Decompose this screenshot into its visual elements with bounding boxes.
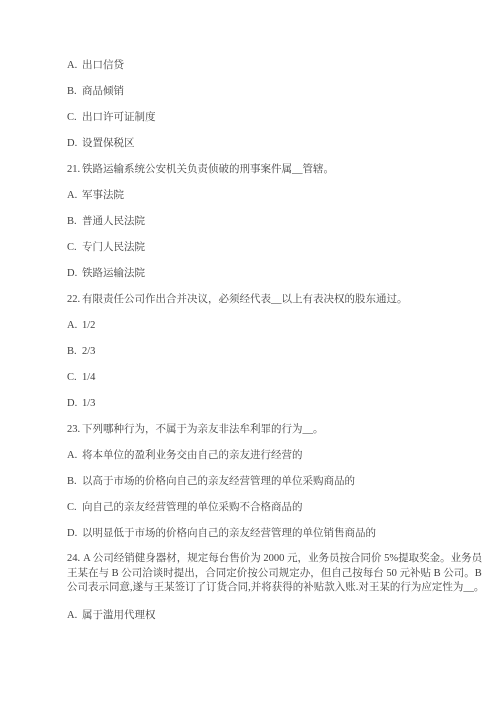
q21-option-c: C.专门人民法院: [67, 235, 470, 261]
q24-stem-line-3: 公司表示同意,遂与王某签订了订货合同,并将获得的补贴款入账.对王某的行为应定性为…: [67, 581, 470, 596]
option-letter: B.: [67, 469, 82, 495]
q22-option-b: B.2/3: [67, 339, 470, 365]
option-text: 2/3: [82, 346, 95, 357]
q23-option-d: D.以明显低于市场的价格向自己的亲友经营管理的单位销售商品的: [67, 521, 470, 547]
option-letter: A.: [67, 53, 82, 79]
q24-option-a: A.属于滥用代理权: [67, 603, 470, 629]
q22-option-d: D.1/3: [67, 391, 470, 417]
option-text: 铁路运输法院: [82, 268, 145, 279]
question-number: 22.: [67, 287, 82, 313]
q22-option-a: A.1/2: [67, 313, 470, 339]
q23-stem: 23.下列哪种行为，不属于为亲友非法牟利罪的行为__。: [67, 417, 470, 443]
option-text: 出口信贷: [82, 60, 124, 71]
question-text: A 公司经销健身器材，规定每台售价为 2000 元，业务员按合同价 5%提取奖金…: [83, 553, 482, 564]
q20-option-a: A.出口信贷: [67, 53, 470, 79]
option-letter: D.: [67, 131, 82, 157]
option-text: 以明显低于市场的价格向自己的亲友经营管理的单位销售商品的: [82, 528, 376, 539]
option-letter: A.: [67, 603, 82, 629]
q24-stem-line-2: 王某在与 B 公司洽谈时提出，合同定价按公司规定办，但自己按每台 50 元补贴 …: [67, 567, 470, 582]
option-text: 军事法院: [82, 190, 124, 201]
option-letter: C.: [67, 365, 82, 391]
question-text: 铁路运输系统公安机关负责侦破的刑事案件属__管辖。: [82, 164, 334, 175]
question-number: 23.: [67, 417, 82, 443]
option-text: 设置保税区: [82, 138, 135, 149]
option-letter: D.: [67, 521, 82, 547]
q20-option-c: C.出口许可证制度: [67, 105, 470, 131]
question-text: 下列哪种行为，不属于为亲友非法牟利罪的行为__。: [82, 424, 324, 435]
option-letter: A.: [67, 313, 82, 339]
question-number: 21.: [67, 157, 82, 183]
option-text: 普通人民法院: [82, 216, 145, 227]
option-text: 将本单位的盈利业务交由自己的亲友进行经营的: [82, 450, 303, 461]
option-letter: C.: [67, 495, 82, 521]
q23-option-b: B.以高于市场的价格向自己的亲友经营管理的单位采购商品的: [67, 469, 470, 495]
option-text: 专门人民法院: [82, 242, 145, 253]
question-text: 有限责任公司作出合并决议，必须经代表__以上有表决权的股东通过。: [82, 294, 408, 305]
q24-stem: 24.A 公司经销健身器材，规定每台售价为 2000 元，业务员按合同价 5%提…: [67, 552, 470, 596]
option-letter: B.: [67, 79, 82, 105]
option-letter: D.: [67, 391, 82, 417]
option-text: 属于滥用代理权: [82, 610, 156, 621]
option-letter: A.: [67, 183, 82, 209]
q22-stem: 22.有限责任公司作出合并决议，必须经代表__以上有表决权的股东通过。: [67, 287, 470, 313]
option-text: 1/4: [82, 372, 95, 383]
option-letter: A.: [67, 443, 82, 469]
option-text: 商品倾销: [82, 86, 124, 97]
option-letter: C.: [67, 105, 82, 131]
q21-stem: 21.铁路运输系统公安机关负责侦破的刑事案件属__管辖。: [67, 157, 470, 183]
option-letter: B.: [67, 339, 82, 365]
option-letter: D.: [67, 261, 82, 287]
option-letter: C.: [67, 235, 82, 261]
q20-option-b: B.商品倾销: [67, 79, 470, 105]
option-text: 1/2: [82, 320, 95, 331]
q20-option-d: D.设置保税区: [67, 131, 470, 157]
q23-option-c: C.向自己的亲友经营管理的单位采购不合格商品的: [67, 495, 470, 521]
option-letter: B.: [67, 209, 82, 235]
q24-stem-line-1: 24.A 公司经销健身器材，规定每台售价为 2000 元，业务员按合同价 5%提…: [67, 552, 470, 567]
q21-option-b: B.普通人民法院: [67, 209, 470, 235]
exam-document-page: A.出口信贷 B.商品倾销 C.出口许可证制度 D.设置保税区 21.铁路运输系…: [0, 0, 500, 707]
option-text: 以高于市场的价格向自己的亲友经营管理的单位采购商品的: [82, 476, 355, 487]
q21-option-d: D.铁路运输法院: [67, 261, 470, 287]
q21-option-a: A.军事法院: [67, 183, 470, 209]
option-text: 出口许可证制度: [82, 112, 156, 123]
q23-option-a: A.将本单位的盈利业务交由自己的亲友进行经营的: [67, 443, 470, 469]
option-text: 向自己的亲友经营管理的单位采购不合格商品的: [82, 502, 303, 513]
question-number: 24.: [67, 553, 80, 564]
option-text: 1/3: [82, 398, 95, 409]
q22-option-c: C.1/4: [67, 365, 470, 391]
